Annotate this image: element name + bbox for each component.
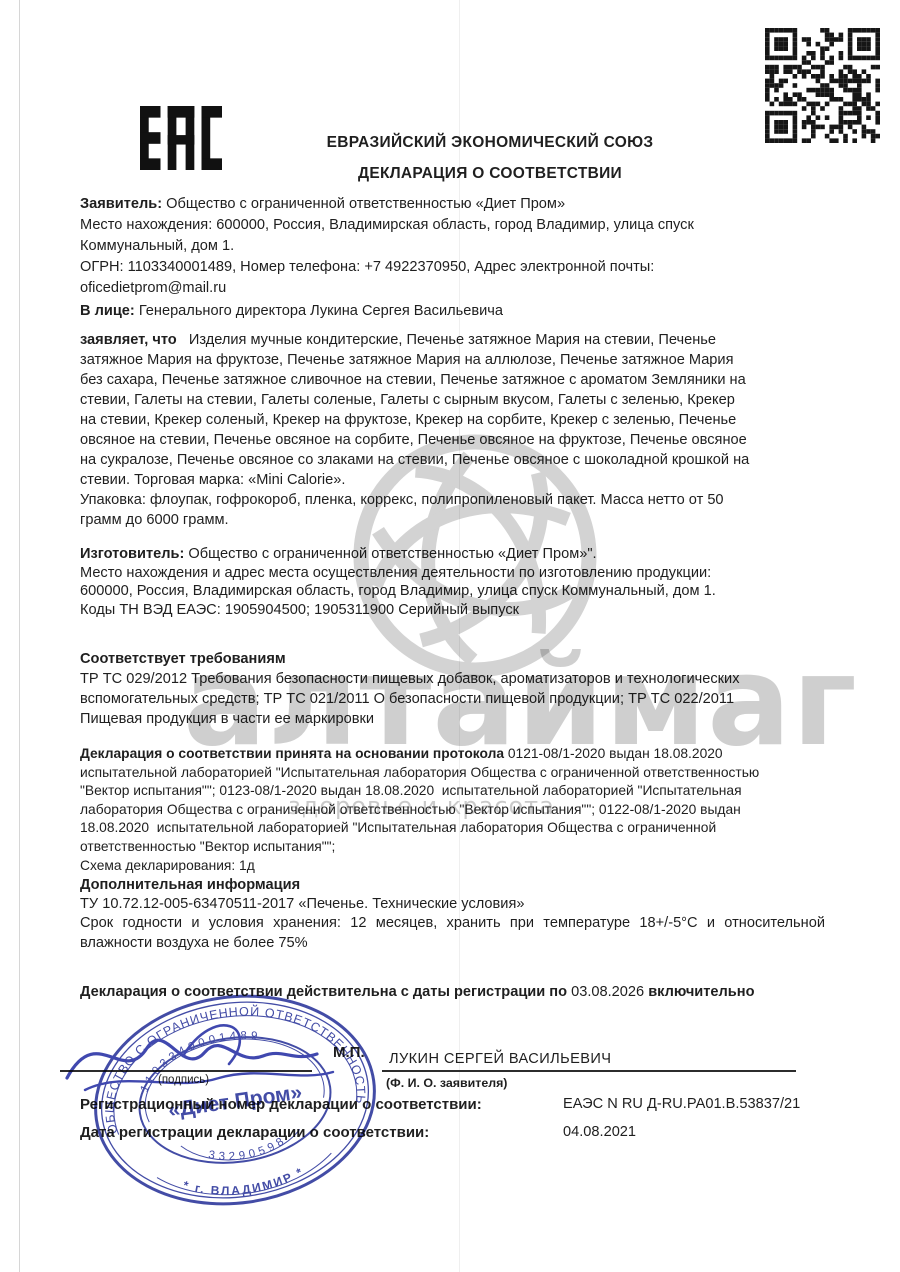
paragraph-declared-products: заявляет, что Изделия мучные кондитерски…	[80, 330, 825, 530]
text-line: Упаковка: флоупак, гофрокороб, пленка, к…	[80, 490, 825, 510]
text-line: затяжное Мария на фруктозе, Печенье затя…	[80, 350, 825, 370]
svg-text:ОБЩЕСТВО С ОГРАНИЧЕННОЙ ОТВЕТС: ОБЩЕСТВО С ОГРАНИЧЕННОЙ ОТВЕТСТВЕННОСТЬЮ	[90, 988, 370, 1142]
text-line: стевии, Галеты на стевии, Галеты соленые…	[80, 390, 825, 410]
fio-caption: (Ф. И. О. заявителя)	[386, 1076, 507, 1090]
paragraph-applicant: Заявитель: Общество с ограниченной ответ…	[80, 194, 825, 299]
paragraph-requirements: Соответствует требованиямТР ТС 029/2012 …	[80, 649, 825, 729]
text-line: Пищевая продукция в части ее маркировки	[80, 709, 825, 729]
reg-date-value: 04.08.2021	[563, 1124, 636, 1140]
text-line: вспомогательных средств; ТР ТС 021/2011 …	[80, 689, 825, 709]
text-line: "Вектор испытания""; 0123-08/1-2020 выда…	[80, 782, 825, 801]
union-title: ЕВРАЗИЙСКИЙ ЭКОНОМИЧЕСКИЙ СОЮЗ	[80, 134, 900, 152]
text-line: Декларация о соответствии принята на осн…	[80, 745, 825, 764]
text-line: ОГРН: 1103340001489, Номер телефона: +7 …	[80, 257, 825, 278]
text-line: В лице: Генерального директора Лукина Се…	[80, 301, 825, 322]
name-underline	[382, 1070, 796, 1072]
text-line: Декларация о соответствии действительна …	[80, 982, 825, 1003]
text-line: Дополнительная информация	[80, 876, 825, 895]
reg-number-label: Регистрационный номер декларации о соотв…	[80, 1096, 482, 1113]
text-line: на стевии, Крекер соленый, Крекер на фру…	[80, 410, 825, 430]
text-line: овсяное на стевии, Печенье овсяное на со…	[80, 430, 825, 450]
stamp-ring-text: ОБЩЕСТВО С ОГРАНИЧЕННОЙ ОТВЕТСТВЕННОСТЬЮ	[90, 988, 370, 1142]
text-line: влажности воздуха не более 75%	[80, 934, 825, 953]
page-edge-line	[19, 0, 20, 1272]
text-line: 600000, Россия, Владимирская область, го…	[80, 582, 825, 601]
qr-code	[765, 28, 880, 143]
text-line: ТУ 10.72.12-005-63470511-2017 «Печенье. …	[80, 895, 825, 914]
paragraph-validity: Декларация о соответствии действительна …	[80, 982, 825, 1003]
text-line: грамм до 6000 грамм.	[80, 510, 825, 530]
text-line: Коды ТН ВЭД ЕАЭС: 1905904500; 1905311900…	[80, 601, 825, 620]
text-line: ответственностью "Вектор испытания"";	[80, 838, 825, 857]
text-line: заявляет, что Изделия мучные кондитерски…	[80, 330, 825, 350]
document-title: ДЕКЛАРАЦИЯ О СООТВЕТСТВИИ	[80, 165, 900, 183]
text-line: Заявитель: Общество с ограниченной ответ…	[80, 194, 825, 215]
text-line: испытательной лабораторией "Испытательна…	[80, 764, 825, 783]
text-line: Место нахождения: 600000, Россия, Владим…	[80, 215, 825, 236]
text-line: ТР ТС 029/2012 Требования безопасности п…	[80, 669, 825, 689]
reg-number-value: ЕАЭС N RU Д-RU.РА01.В.53837/21	[563, 1096, 800, 1112]
signature-line	[60, 1070, 312, 1072]
signature-caption: (подпись)	[158, 1074, 209, 1086]
text-line: без сахара, Печенье затяжное сливочное н…	[80, 370, 825, 390]
text-line: oficedietprom@mail.ru	[80, 278, 825, 299]
text-line: на сукралозе, Печенье овсяное со злаками…	[80, 450, 825, 470]
paragraph-person: В лице: Генерального директора Лукина Се…	[80, 301, 825, 322]
stamp-place-label: М.П.	[333, 1044, 365, 1061]
paragraph-manufacturer: Изготовитель: Общество с ограниченной от…	[80, 545, 825, 619]
svg-text:* г. ВЛАДИМИР *: * г. ВЛАДИМИР *	[180, 1161, 308, 1205]
reg-date-label: Дата регистрации декларации о соответств…	[80, 1124, 429, 1141]
text-line: Место нахождения и адрес места осуществл…	[80, 564, 825, 583]
declarant-name: ЛУКИН СЕРГЕЙ ВАСИЛЬЕВИЧ	[389, 1051, 611, 1067]
text-line: лаборатория Общества с ограниченной отве…	[80, 801, 825, 820]
document-page: ЕВРАЗИЙСКИЙ ЭКОНОМИЧЕСКИЙ СОЮЗ ДЕКЛАРАЦИ…	[0, 0, 900, 1272]
text-line: Схема декларирования: 1д	[80, 857, 825, 876]
paragraph-additional-info: Дополнительная информацияТУ 10.72.12-005…	[80, 876, 825, 953]
text-line: Срок годности и условия хранения: 12 мес…	[80, 914, 825, 933]
text-line: Соответствует требованиям	[80, 649, 825, 669]
text-line: Изготовитель: Общество с ограниченной от…	[80, 545, 825, 564]
paragraph-basis: Декларация о соответствии принята на осн…	[80, 745, 825, 875]
text-line: 18.08.2020 испытательной лабораторией "И…	[80, 819, 825, 838]
stamp-city-text: * г. ВЛАДИМИР *	[180, 1161, 308, 1205]
text-line: стевии. Торговая марка: «Mini Calorie».	[80, 470, 825, 490]
text-line: Коммунальный, дом 1.	[80, 236, 825, 257]
